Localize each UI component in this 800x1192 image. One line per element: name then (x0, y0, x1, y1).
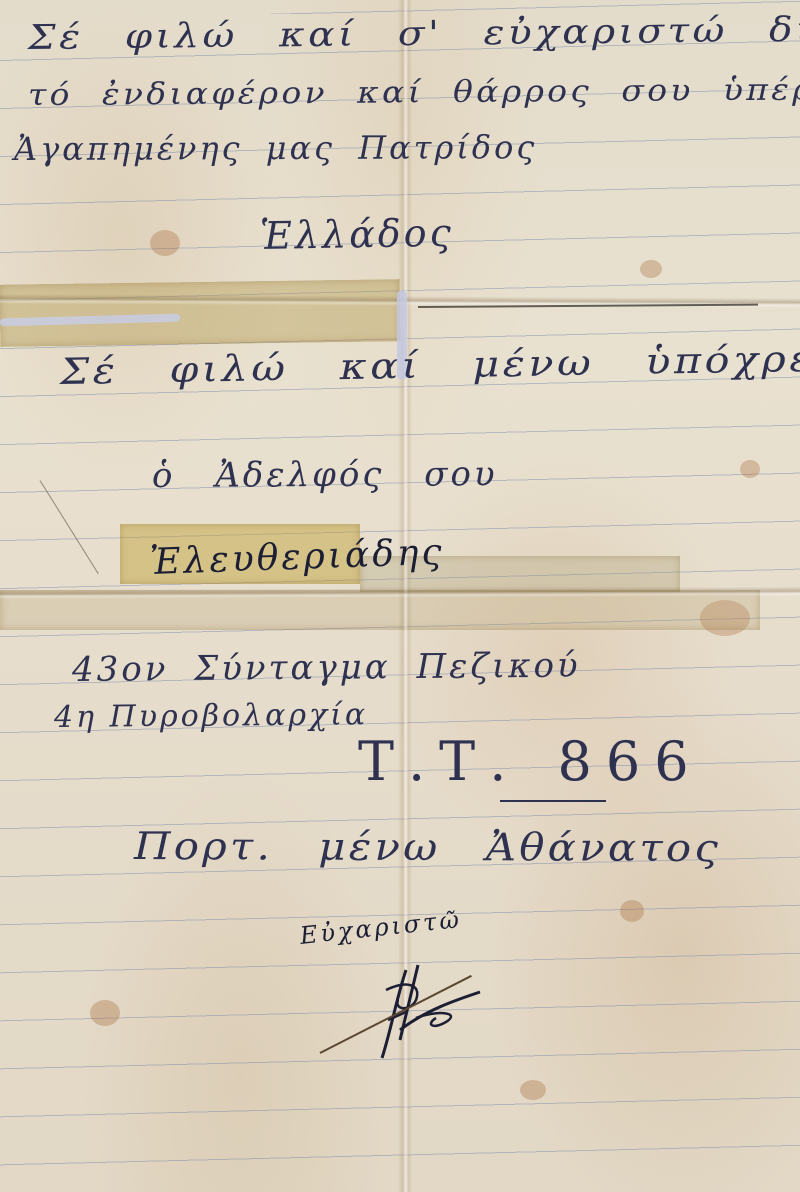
stain (90, 1000, 120, 1026)
letter-line-5: Σέ φιλώ καί μένω ὑπόχρεως (60, 338, 800, 393)
battery-unit: 4η Πυροβολαρχία (54, 697, 369, 735)
letter-line-2: τό ἐνδιαφέρον καί θάρρος σου ὑπέρ τῆς (28, 72, 800, 113)
stain (620, 900, 644, 922)
crease (40, 480, 99, 574)
military-unit: 43ον Σύνταγμα Πεζικού (72, 646, 581, 690)
stain (740, 460, 760, 478)
letter-line-closing: Πορτ. μένω Ἀθάνατος (134, 824, 721, 870)
letter-line-1: Σέ φιλώ καί σ' εὐχαριστώ διά (28, 9, 800, 58)
stain (520, 1080, 546, 1100)
tape-strip (0, 279, 400, 347)
letter-line-4: Ἑλλάδος (260, 211, 455, 258)
postal-code: Τ.Τ. 866 (358, 730, 703, 793)
document-page: Σέ φιλώ καί σ' εὐχαριστώ διά τό ἐνδιαφέρ… (0, 0, 800, 1192)
stain (150, 230, 180, 256)
letter-line-3: Ἀγαπημένης μας Πατρίδος (14, 128, 537, 168)
letter-line-6: ὁ Ἀδελφός σου (152, 454, 498, 496)
postal-code-underline (500, 800, 606, 802)
stain (640, 260, 662, 278)
thanks-note: Εὐχαριστῶ (299, 905, 464, 950)
